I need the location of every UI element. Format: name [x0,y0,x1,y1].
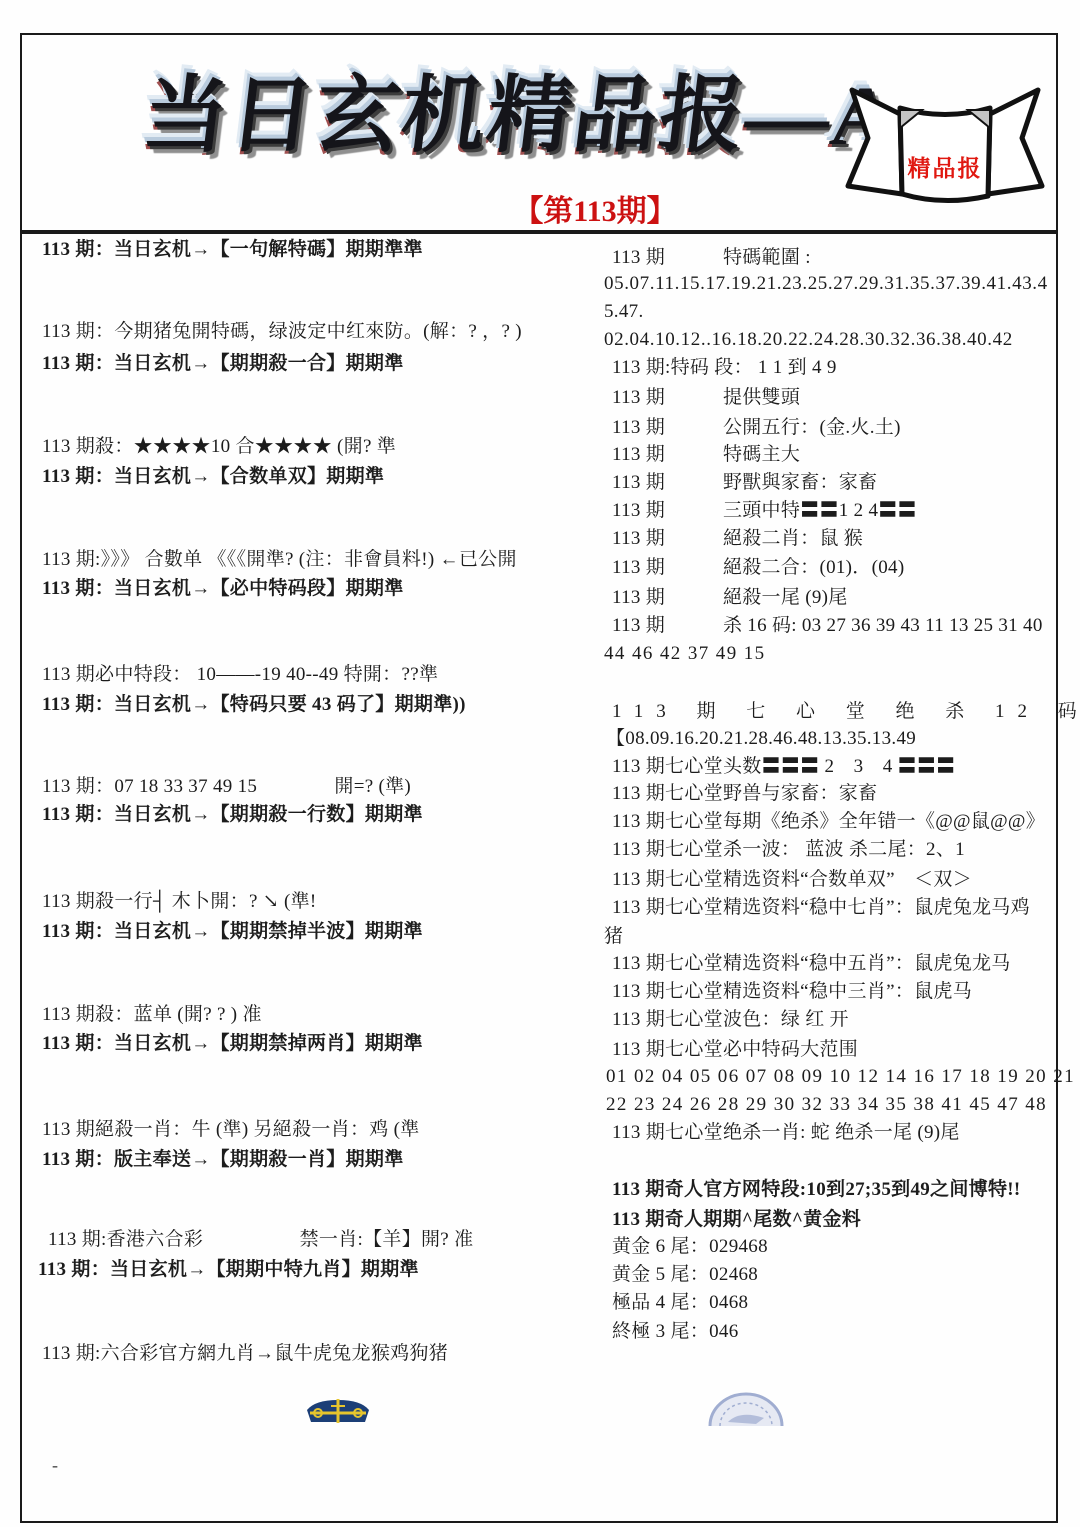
report-line: 02.04.10.12..16.18.20.22.24.28.30.32.36.… [604,328,1013,352]
report-line: 113 期：当日玄机→【期期中特九肖】期期準 [38,1258,419,1282]
report-line: 終極 3 尾：046 [612,1320,739,1344]
report-line: 01 02 04 05 06 07 08 09 10 12 14 16 17 1… [606,1065,1075,1089]
report-line: 113 期 公開五行：(金.火.土) [612,416,901,440]
issue-number: 【第113期】 [495,186,695,230]
report-line: 113 期：当日玄机→【一句解特碼】期期準準 [42,238,423,262]
report-line: 113 期：当日玄机→【期期殺一行数】期期準 [42,803,423,827]
report-line: 113 期七心堂杀一波： 蓝波 杀二尾：2、1 [612,838,965,862]
ribbon-banner-icon: 精品报 [838,74,1053,214]
report-line: 【08.09.16.20.21.28.46.48.13.35.13.49 [606,727,916,751]
report-line: 黄金 6 尾：029468 [612,1235,768,1259]
report-line: 113 期七心堂野兽与家畜：家畜 [612,782,877,806]
report-line: 113 期殺：★★★★10 合★★★★ (開? 準 [42,435,396,459]
report-line: 113 期七心堂波色：绿 红 开 [612,1008,849,1032]
report-line: 113 期 絕殺二合：(01)．(04) [612,556,904,580]
report-line: 113 期七心堂每期《绝杀》全年错一《@@鼠@@》 [612,810,1045,834]
page-title: 当日玄机精品报—A [113,48,928,169]
report-line: 113 期:香港六合彩 禁一肖:【羊】開? 准 [48,1228,473,1252]
report-line: 113 期奇人期期^尾数^黄金料 [612,1208,861,1232]
report-line: 113 期殺一行┤ 木卜開：? ↘ (準! [42,890,317,914]
report-line: 113 期：当日玄机→【特码只要 43 码了】期期準)) [42,693,466,717]
report-line: 113 期:特码 段： 1 1 到 4 9 [612,356,837,380]
report-line: 22 23 24 26 28 29 30 32 33 34 35 38 41 4… [606,1093,1047,1117]
report-line: 113 期殺：蓝单 (開? ? ) 准 [42,1003,262,1027]
publisher-logo-icon [305,1398,371,1424]
report-line: 113 期七心堂绝杀一肖: 蛇 绝杀一尾 (9)尾 [612,1121,960,1145]
report-line: 113 期七心堂头数〓〓〓 2 3 4 〓〓〓 [612,755,955,779]
watermark-seal-icon [706,1392,786,1428]
report-line: 113 期：今期猪兔開特碼，绿波定中红來防。(解：? ，? ) [42,320,522,344]
report-line: 113 期七心堂精选资料“稳中五肖”：鼠虎兔龙马 [612,952,1011,976]
report-line: 113 期：当日玄机→【期期禁掉两肖】期期準 [42,1032,423,1056]
report-line: 05.07.11.15.17.19.21.23.25.27.29.31.35.3… [604,272,1048,296]
report-line: 113 期七心堂必中特码大范围 [612,1038,858,1062]
report-line: 113 期七心堂精选资料“稳中七肖”：鼠虎兔龙马鸡 [612,896,1030,920]
report-line: 113 期：当日玄机→【期期禁掉半波】期期準 [42,920,423,944]
report-line: 5.47. [604,300,644,324]
report-line: 113 期 七 心 堂 绝 杀 12 码 [612,700,1080,724]
report-line: 113 期 野獸與家畜：家畜 [612,471,877,495]
report-line: 猪 [604,925,623,949]
report-line: 113 期:六合彩官方網九肖→鼠牛虎兔龙猴鸡狗猪 [42,1342,448,1366]
report-line: 113 期絕殺一肖：牛 (準) 另絕殺一肖：鸡 (準 [42,1118,420,1142]
report-line: 113 期 絕殺一尾 (9)尾 [612,586,848,610]
report-line: 113 期：当日玄机→【合数单双】期期準 [42,465,384,489]
report-line: 113 期 特碼範圍 : [612,246,811,270]
report-line: 113 期七心堂精选资料“合数单双” ＜双＞ [612,868,972,892]
report-line: 113 期 杀 16 码: 03 27 36 39 43 11 13 25 31… [612,614,1043,638]
stray-mark: - [52,1455,58,1476]
report-line: 113 期 特碼主大 [612,443,800,467]
report-line: 113 期 提供雙頭 [612,386,800,410]
report-line: 113 期：版主奉送→【期期殺一肖】期期準 [42,1148,404,1172]
report-line: 113 期 絕殺二肖：鼠 猴 [612,527,863,551]
report-line: 113 期七心堂精选资料“稳中三肖”：鼠虎马 [612,980,972,1004]
report-line: 113 期：当日玄机→【必中特码段】期期準 [42,577,404,601]
report-page: 当日玄机精品报—A 【第113期】 精品报 113 期：当日玄机→【一句解特碼】… [0,0,1080,1527]
report-line: 黄金 5 尾：02468 [612,1263,758,1287]
ribbon-label: 精品报 [908,155,983,181]
report-line: 113 期:》》》 合數单 《《《開準? (注：非會員料!) ←已公開 [42,548,517,572]
report-line: 113 期：当日玄机→【期期殺一合】期期準 [42,352,404,376]
header-divider [20,230,1058,234]
report-line: 113 期奇人官方网特段:10到27;35到49之间博特!! [612,1178,1021,1202]
report-line: 113 期：07 18 33 37 49 15 開=? (準) [42,775,411,799]
report-line: 113 期必中特段： 10——-19 40--49 特開：??準 [42,663,438,687]
report-line: 44 46 42 37 49 15 [604,642,766,666]
report-line: 極品 4 尾：0468 [612,1291,748,1315]
report-line: 113 期 三頭中特〓〓1 2 4〓〓 [612,499,917,523]
